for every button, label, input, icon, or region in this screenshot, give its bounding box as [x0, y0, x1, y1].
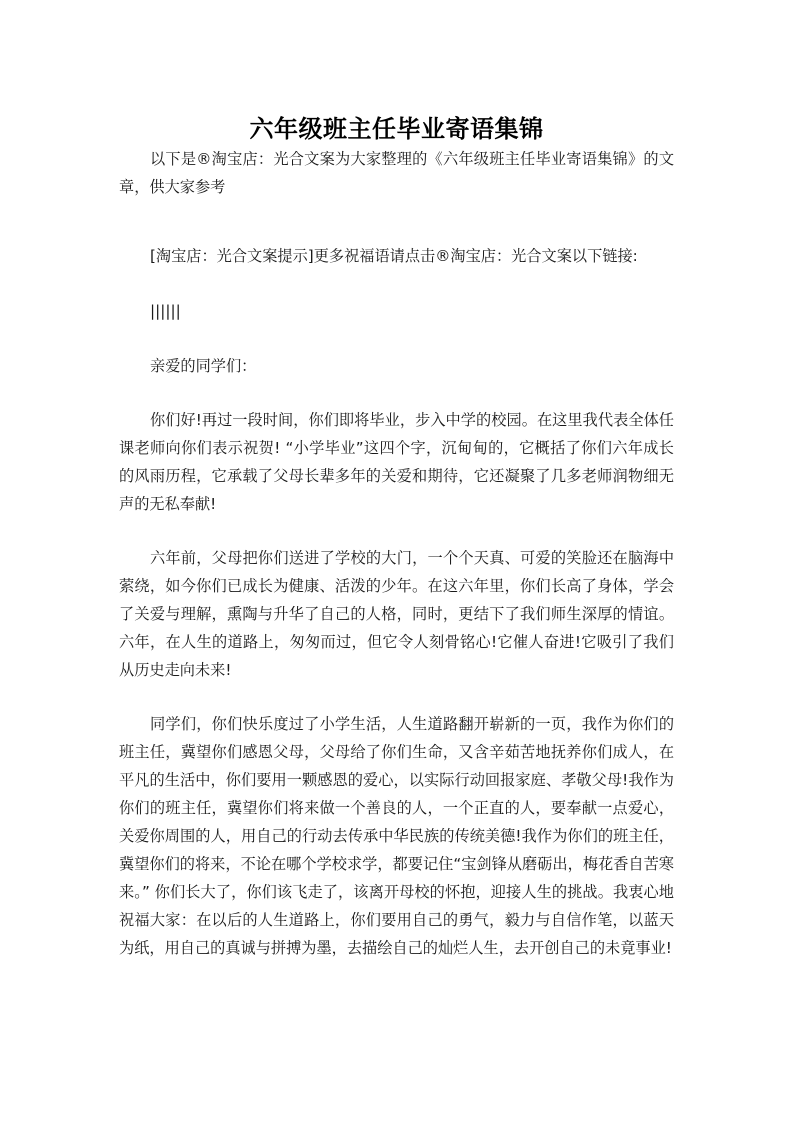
link-list[interactable]: |||||| — [119, 297, 674, 325]
document-title: 六年级班主任毕业寄语集锦 — [119, 113, 674, 145]
greeting-paragraph: 亲爱的同学们： — [119, 352, 674, 380]
intro-paragraph: 以下是®淘宝店：光合文案为大家整理的《六年级班主任毕业寄语集锦》的文章，供大家参… — [119, 145, 674, 201]
body-paragraph-3: 同学们，你们快乐度过了小学生活，人生道路翻开崭新的一页，我作为你们的班主任，冀望… — [119, 710, 674, 962]
body-paragraph-2: 六年前，父母把你们送进了学校的大门，一个个天真、可爱的笑脸还在脑海中萦绕，如今你… — [119, 544, 674, 684]
body-paragraph-1: 你们好!再过一段时间，你们即将毕业，步入中学的校园。在这里我代表全体任课老师向你… — [119, 406, 674, 518]
link-hint-paragraph: [淘宝店：光合文案提示]更多祝福语请点击®淘宝店：光合文案以下链接: — [119, 242, 674, 270]
